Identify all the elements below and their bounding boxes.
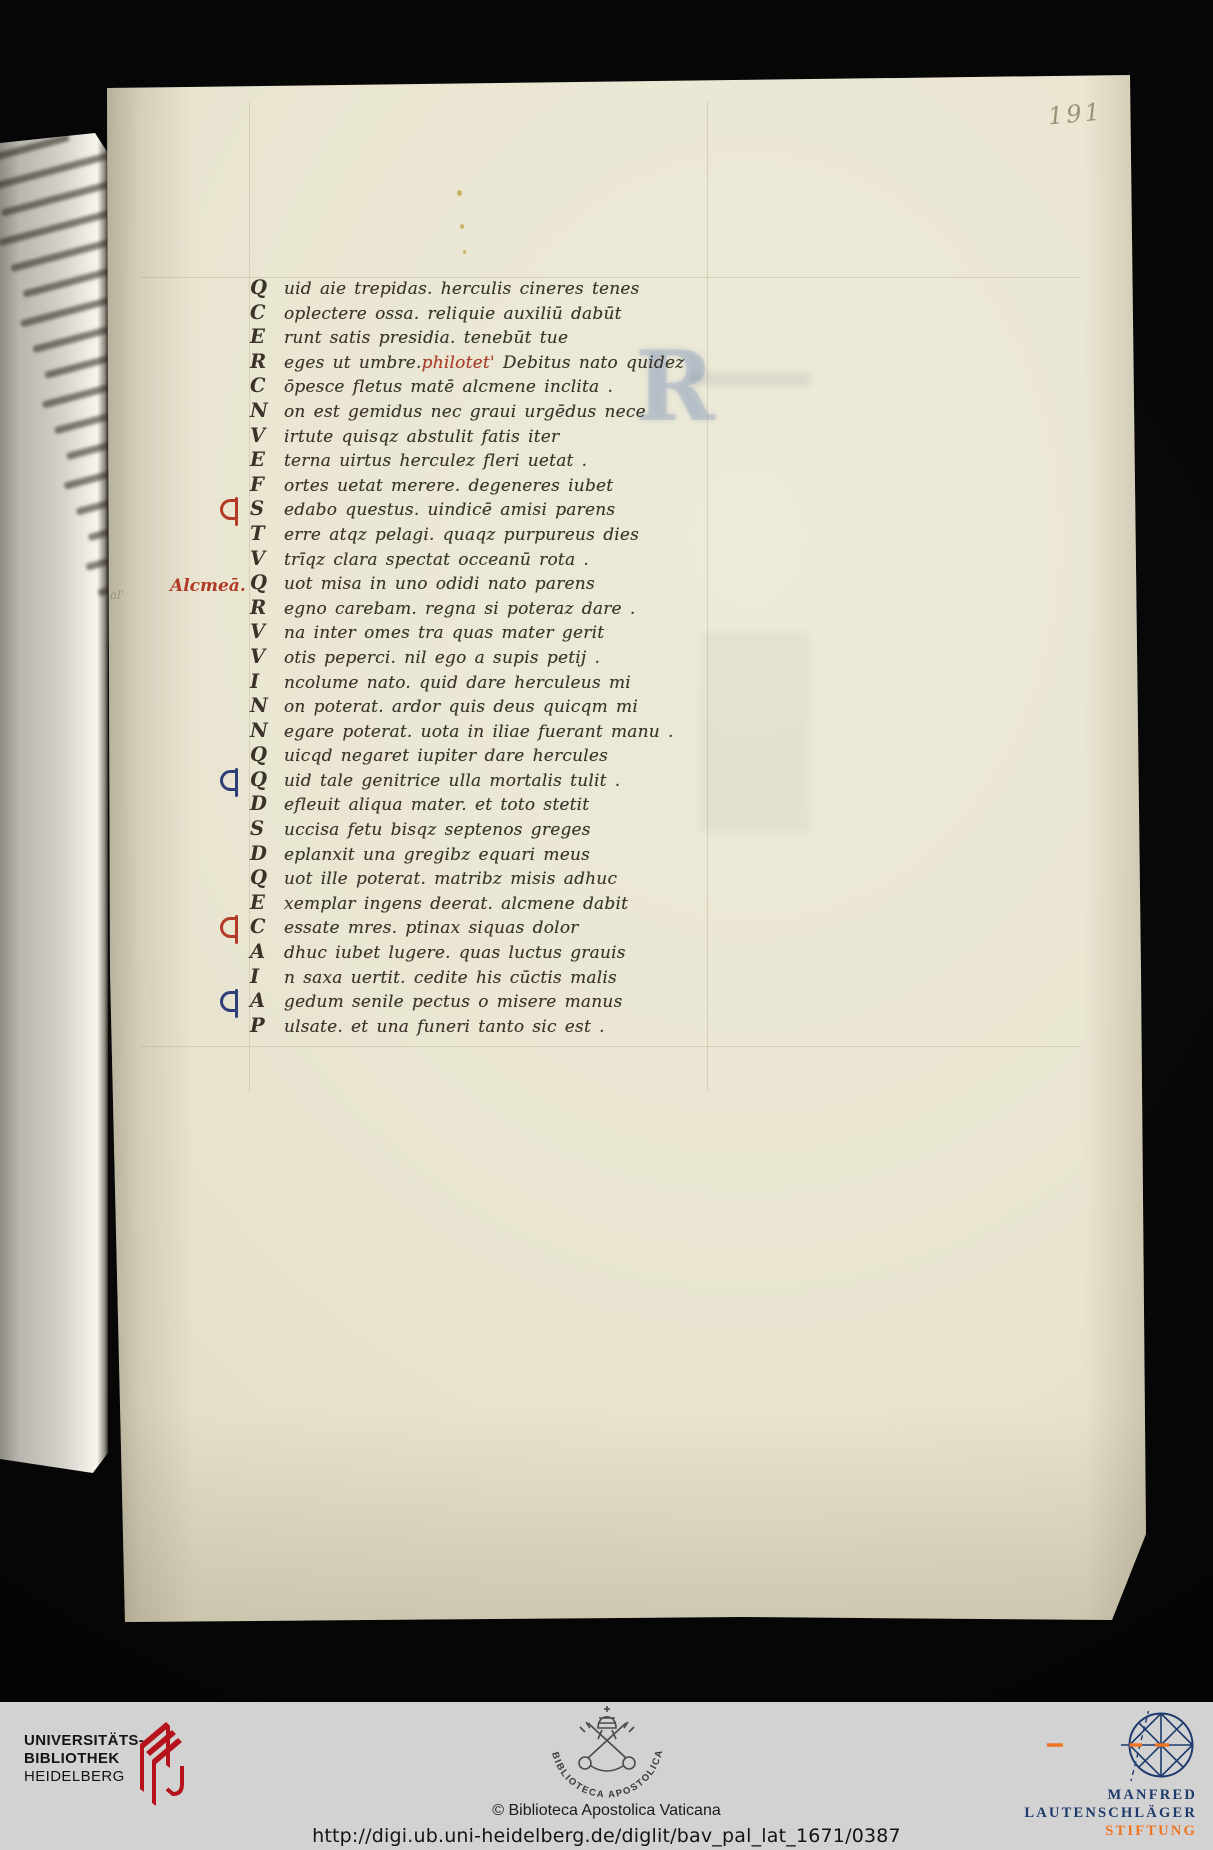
manuscript-line: Pulsate. et una funeri tanto sic est .	[250, 1014, 850, 1039]
mls-globe-icon	[1045, 1711, 1197, 1781]
line-initial: D	[250, 792, 284, 815]
manuscript-line: Regno carebam. regna si poteraz dare .	[250, 596, 850, 621]
manuscript-line: Succisa fetu bisqz septenos greges	[250, 817, 850, 842]
facing-page-edge	[0, 133, 108, 1473]
line-text: ortes uetat merere. degeneres iubet	[284, 476, 613, 496]
line-text: otis peperci. nil ego a supis petij .	[284, 648, 600, 668]
line-initial: P	[250, 1014, 284, 1037]
line-text: terna uirtus herculez fleri uetat .	[284, 451, 587, 471]
line-text: eges ut umbre.philotet' Debitus nato qui…	[284, 353, 684, 373]
line-text: efleuit aliqua mater. et toto stetit	[284, 795, 589, 815]
line-text: uid tale genitrice ulla mortalis tulit .	[284, 771, 620, 791]
line-initial: C	[250, 374, 284, 397]
margin-gloss-mark: al'	[110, 588, 124, 602]
manuscript-line: Non est gemidus nec graui urgēdus nece	[250, 399, 850, 424]
line-text: on est gemidus nec graui urgēdus nece	[284, 402, 646, 422]
line-text: ulsate. et una funeri tanto sic est .	[284, 1017, 605, 1037]
line-text: na inter omes tra quas mater gerit	[284, 623, 604, 643]
paragraph-mark-blue	[220, 991, 235, 1012]
paragraph-mark-red	[220, 499, 235, 520]
line-text: erre atqz pelagi. quaqz purpureus dies	[284, 525, 639, 545]
paragraph-mark-blue	[220, 770, 235, 791]
line-text: runt satis presidia. tenebūt tue	[284, 328, 568, 348]
photo-background: R 191 Alcmeā. al' Quid aie trepidas. her…	[0, 0, 1213, 1702]
line-initial: N	[250, 399, 284, 422]
manuscript-line: Quot misa in uno odidi nato parens	[250, 571, 850, 596]
ruling-line-horizontal-bottom	[140, 1046, 1080, 1047]
manuscript-line: Vtrīqz clara spectat occeanū rota .	[250, 547, 850, 572]
line-initial: N	[250, 694, 284, 717]
line-text: eplanxit una gregibz equari meus	[284, 845, 590, 865]
line-text: trīqz clara spectat occeanū rota .	[284, 550, 589, 570]
mls-line3: STIFTUNG	[1024, 1822, 1197, 1840]
line-initial: C	[250, 915, 284, 938]
line-text: gedum senile pectus o misere manus	[284, 992, 623, 1012]
line-text: n saxa uertit. cedite his cūctis malis	[284, 968, 617, 988]
line-text: oplectere ossa. reliquie auxiliū dabūt	[284, 304, 622, 324]
manuscript-line: Reges ut umbre.philotet' Debitus nato qu…	[250, 350, 850, 375]
vatican-library-seal-icon: BIBLIOTECA APOSTOLICA VATICANA	[538, 1706, 676, 1806]
line-initial: F	[250, 473, 284, 496]
manuscript-line: Coplectere ossa. reliquie auxiliū dabūt	[250, 301, 850, 326]
line-initial: V	[250, 547, 284, 570]
mls-line2: LAUTENSCHLÄGER	[1024, 1804, 1197, 1822]
manuscript-line: Cessate mres. ptinax siquas dolor	[250, 915, 850, 940]
manuscript-line: Erunt satis presidia. tenebūt tue	[250, 325, 850, 350]
ink-stain	[460, 224, 464, 229]
text-block: Quid aie trepidas. herculis cineres tene…	[250, 276, 850, 1038]
manuscript-line: Non poterat. ardor quis deus quicqm mi	[250, 694, 850, 719]
line-text: uccisa fetu bisqz septenos greges	[284, 820, 591, 840]
line-initial: C	[250, 301, 284, 324]
line-text: edabo questus. uindicē amisi parens	[284, 500, 615, 520]
line-initial: Q	[250, 743, 284, 766]
line-initial: R	[250, 596, 284, 619]
line-initial: I	[250, 965, 284, 988]
manuscript-line: Quid tale genitrice ulla mortalis tulit …	[250, 768, 850, 793]
footer-band: UNIVERSITÄTS- BIBLIOTHEK HEIDELBERG	[0, 1702, 1213, 1850]
line-initial: V	[250, 645, 284, 668]
svg-text:BIBLIOTECA APOSTOLICA VATICA: BIBLIOTECA APOSTOLICA VATICANA	[538, 1706, 665, 1801]
manuscript-line: Vna inter omes tra quas mater gerit	[250, 620, 850, 645]
line-initial: S	[250, 817, 284, 840]
paragraph-mark-red	[220, 917, 235, 938]
mls-wordmark: MANFRED LAUTENSCHLÄGER STIFTUNG	[1024, 1786, 1197, 1840]
line-text: irtute quisqz abstulit fatis iter	[284, 427, 559, 447]
manuscript-line: Fortes uetat merere. degeneres iubet	[250, 473, 850, 498]
line-initial: Q	[250, 571, 284, 594]
line-initial: E	[250, 891, 284, 914]
manuscript-line: Negare poterat. uota in iliae fuerant ma…	[250, 719, 850, 744]
manuscript-line: Votis peperci. nil ego a supis petij .	[250, 645, 850, 670]
line-text: on poterat. ardor quis deus quicqm mi	[284, 697, 638, 717]
manuscript-line: Agedum senile pectus o misere manus	[250, 989, 850, 1014]
line-initial: Q	[250, 768, 284, 791]
line-initial: V	[250, 424, 284, 447]
line-initial: D	[250, 842, 284, 865]
manuscript-line: Deplanxit una gregibz equari meus	[250, 842, 850, 867]
line-initial: E	[250, 448, 284, 471]
line-initial: T	[250, 522, 284, 545]
manuscript-line: Quicqd negaret iupiter dare hercules	[250, 743, 850, 768]
ink-stain	[457, 190, 462, 196]
manuscript-line: Adhuc iubet lugere. quas luctus grauis	[250, 940, 850, 965]
line-initial: I	[250, 670, 284, 693]
folio-number: 191	[1047, 98, 1104, 131]
manuscript-line: Sedabo questus. uindicē amisi parens	[250, 497, 850, 522]
line-text: uot ille poterat. matribz misis adhuc	[284, 869, 617, 889]
line-initial: A	[250, 989, 284, 1012]
line-text: essate mres. ptinax siquas dolor	[284, 918, 579, 938]
manuscript-line: Terre atqz pelagi. quaqz purpureus dies	[250, 522, 850, 547]
line-text: egno carebam. regna si poteraz dare .	[284, 599, 635, 619]
line-text: ōpesce fletus matē alcmene inclita .	[284, 377, 613, 397]
margin-speaker-note: Alcmeā.	[170, 576, 246, 596]
line-initial: Q	[250, 866, 284, 889]
line-initial: R	[250, 350, 284, 373]
line-initial: N	[250, 719, 284, 742]
manuscript-line: Quot ille poterat. matribz misis adhuc	[250, 866, 850, 891]
manuscript-line: In saxa uertit. cedite his cūctis malis	[250, 965, 850, 990]
scan-page: R 191 Alcmeā. al' Quid aie trepidas. her…	[0, 0, 1213, 1850]
line-text: uicqd negaret iupiter dare hercules	[284, 746, 608, 766]
manuscript-page: R 191 Alcmeā. al' Quid aie trepidas. her…	[100, 72, 1146, 1624]
mls-line1: MANFRED	[1024, 1786, 1197, 1804]
line-text: egare poterat. uota in iliae fuerant man…	[284, 722, 674, 742]
manuscript-line: Defleuit aliqua mater. et toto stetit	[250, 792, 850, 817]
ink-stain	[463, 250, 466, 254]
line-initial: Q	[250, 276, 284, 299]
line-text: xemplar ingens deerat. alcmene dabit	[284, 894, 628, 914]
line-text: ncolume nato. quid dare herculeus mi	[284, 673, 631, 693]
manuscript-line: Virtute quisqz abstulit fatis iter	[250, 424, 850, 449]
line-text: uid aie trepidas. herculis cineres tenes	[284, 279, 640, 299]
manuscript-line: Exemplar ingens deerat. alcmene dabit	[250, 891, 850, 916]
ub-heidelberg-logo-icon	[126, 1710, 208, 1810]
manuscript-line: Eterna uirtus herculez fleri uetat .	[250, 448, 850, 473]
line-initial: V	[250, 620, 284, 643]
manuscript-line: Incolume nato. quid dare herculeus mi	[250, 670, 850, 695]
manuscript-line: Cōpesce fletus matē alcmene inclita .	[250, 374, 850, 399]
manuscript-line: Quid aie trepidas. herculis cineres tene…	[250, 276, 850, 301]
line-text: uot misa in uno odidi nato parens	[284, 574, 595, 594]
line-initial: A	[250, 940, 284, 963]
line-text: dhuc iubet lugere. quas luctus grauis	[284, 943, 626, 963]
line-initial: S	[250, 497, 284, 520]
line-initial: E	[250, 325, 284, 348]
